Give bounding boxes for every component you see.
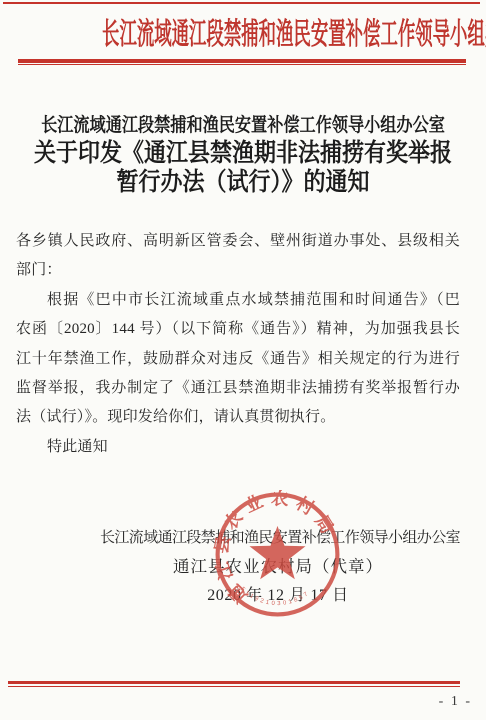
- body-line: 各乡镇人民政府、高明新区管委会、壁州街道办事处、县级相关: [16, 227, 460, 256]
- masthead-divider-rule: [18, 59, 466, 65]
- seal-code-textpath: 5119210301857: [239, 586, 310, 607]
- body-text: 各乡镇人民政府、高明新区管委会、壁州街道办事处、县级相关 部门： 根据《巴中市长…: [16, 227, 460, 462]
- seal-star: [249, 526, 305, 579]
- document-title-line-2: 关于印发《通江县禁渔期非法捕捞有奖举报: [29, 139, 457, 168]
- seal-code: 5119210301857: [239, 586, 310, 607]
- document-title: 长江流域通江段禁捕和渔民安置补偿工作领导小组办公室 关于印发《通江县禁渔期非法捕…: [0, 112, 486, 197]
- body-line: 江十年禁渔工作，鼓励群众对违反《通告》相关规定的行为进行: [16, 345, 460, 374]
- footer-thin-line: [8, 686, 460, 687]
- masthead-org-title: 长江流域通江段禁捕和渔民安置补偿工作领导小组办公室: [102, 9, 384, 53]
- body-line: 法（试行）》。现印发给你们，请认真贯彻执行。: [16, 403, 460, 432]
- official-seal: 通江县农业农村局 5119210301857: [213, 490, 342, 619]
- footer-red-rule: [8, 681, 460, 687]
- document-title-line-3: 暂行办法（试行）》的通知: [29, 168, 457, 197]
- body-line: 农函〔2020〕144 号）（以下简称《通告》）精神，为加强我县长: [16, 315, 460, 344]
- page-number: - 1 -: [439, 694, 472, 710]
- body-line: 部门：: [16, 256, 460, 285]
- document-page: 长江流域通江段禁捕和渔民安置补偿工作领导小组办公室 长江流域通江段禁捕和渔民安置…: [0, 0, 486, 720]
- closing-line: 特此通知: [16, 433, 460, 462]
- document-title-line-1: 长江流域通江段禁捕和渔民安置补偿工作领导小组办公室: [36, 112, 449, 139]
- top-red-rule: [3, 2, 480, 4]
- body-line: 根据《巴中市长江流域重点水域禁捕范围和时间通告》（巴: [16, 286, 460, 315]
- divider-thin-line: [18, 64, 466, 65]
- body-line: 监督举报，我办制定了《通江县禁渔期非法捕捞有奖举报暂行办: [16, 374, 460, 403]
